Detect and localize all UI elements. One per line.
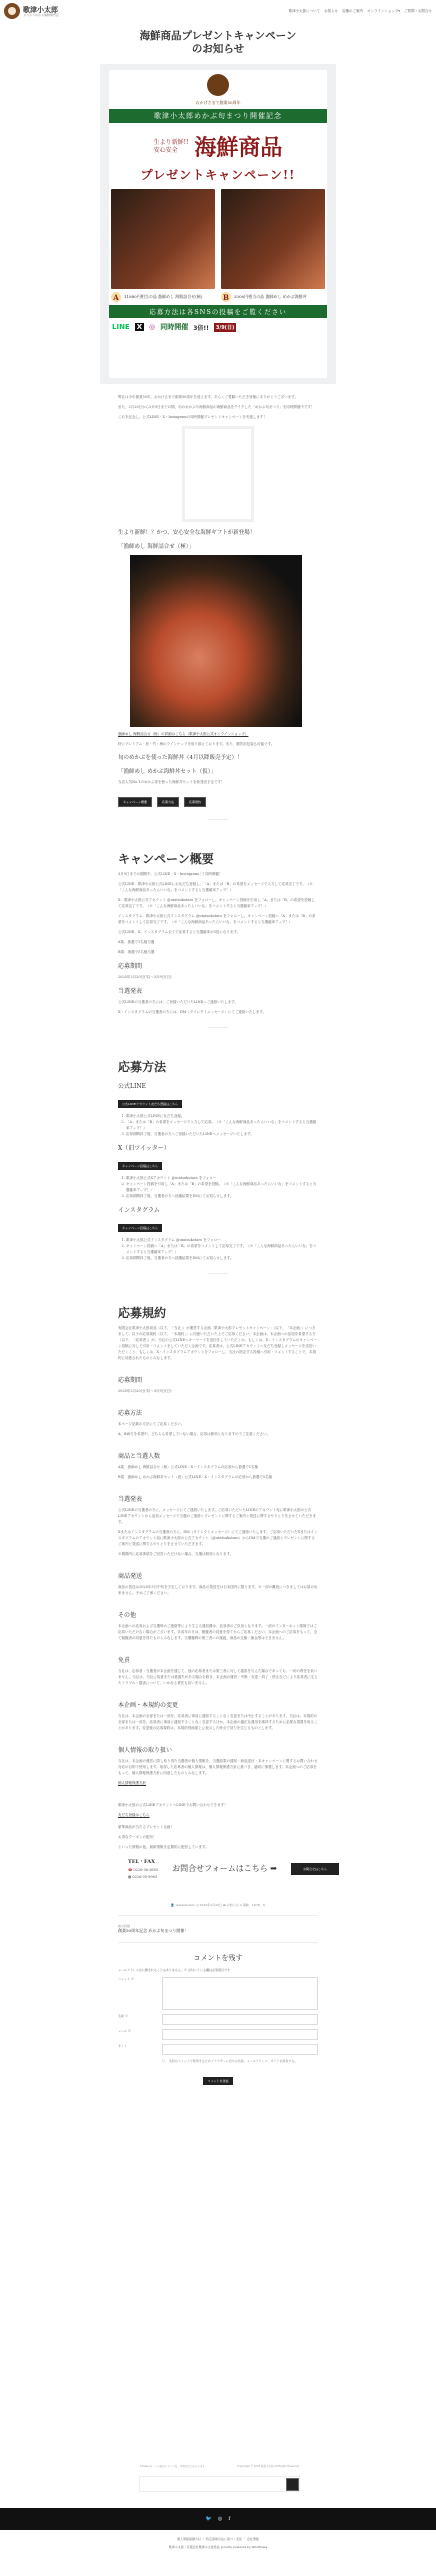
terms-change: 当社は、本企画の全部または一部を、応募者に事前に通知することなく変更または中止す… <box>118 1713 318 1731</box>
divider <box>208 1027 228 1028</box>
item-b-desc: 当店人気No.1のめかぶ茶を使った海鮮丼セットを新発売予定です！ <box>118 779 318 785</box>
overview-line: 公式LINE：歌津小太郎公式LINEにお友だち登録し、「A」または「B」の希望を… <box>118 881 318 893</box>
item-b-title: 「漁師めし めかぶ海鮮丼セット（仮）」 <box>118 767 318 775</box>
prize-a-label: 11880円相当の品 漁師めし 海鮮詰合せ(極) <box>124 294 202 300</box>
x-step: 応募期間終了後、当選者の方へ抽選結果をDMにてお知らせします。 <box>126 1193 318 1199</box>
terms-period: 2025年2月20日(木)〜3月9日(日) <box>118 1388 318 1394</box>
terms-privacy: 当社は、本企画の運営に際し取り得た当選者の個人情報を、当選結果の通知・商品送付・… <box>118 1758 318 1776</box>
overview-instagram: インスタグラム：歌津小太郎公式インスタグラム @utatsukotaro をフォ… <box>118 913 318 925</box>
email-label: メール ※ <box>118 2029 158 2040</box>
comment-textarea[interactable] <box>162 1977 318 2010</box>
line-add-friend-button[interactable]: 公式LINEアカウント友だち登録はこちら <box>118 1100 182 1108</box>
site-logo[interactable]: 歌津小太郎 ぶりぶりめかぶ海鮮専門店 <box>4 3 59 19</box>
terms-prize-a: A賞 漁師めし 海鮮詰合せ（極）公式LINE・X・インスタグラムの応募から抽選で… <box>118 1464 318 1470</box>
theme-credit: Theme by : この部分にテーマ名、作者名などが入ります <box>140 2464 205 2468</box>
name-input[interactable] <box>162 2014 318 2025</box>
campaign-thumbnail <box>182 426 254 522</box>
terms-anchor-button[interactable]: 応募規約 <box>184 797 206 807</box>
item-a-title: 「漁師めし 海鮮詰合せ（極）」 <box>118 542 318 550</box>
comment-title: コメントを残す <box>118 1953 318 1963</box>
max-chance: 3倍!! <box>193 323 209 332</box>
banner-headline: 海鮮商品 <box>194 131 282 162</box>
post-date: 2025年2月20日 <box>200 1903 222 1907</box>
x-step: キャンペーン投稿を引用し「A」または「B」の希望を投稿。（※「こんな海鮮商品あっ… <box>126 1181 318 1193</box>
post-tags[interactable]: 海鮮、LINE、X <box>243 1903 265 1907</box>
divider <box>118 1942 318 1943</box>
terms-disclaimer-heading: 免責 <box>118 1655 318 1664</box>
terms-section: 応募規約 有限会社歌津小太郎食品（以下、「当社」）が運営する企画「歌津小太郎プレ… <box>118 1304 318 1786</box>
post-meta-area: 👤 utatsukotaro ◷ 2025年2月20日 ▬ お知らせ ⌂ 海鮮、… <box>118 1903 318 2086</box>
x-logo-icon: X <box>135 323 144 331</box>
howto-anchor-button[interactable]: 応募方法 <box>157 797 179 807</box>
line-inquiry-text: 歌津小太郎の公式LINEアカウントへLINEでお問い合わせできます！ <box>118 1802 318 1808</box>
prize-b-badge: B <box>221 292 231 302</box>
intro-p2: また、2月20日から3月9日までの間、旬のめかぶや海鮮商品の海鮮商品をテイクした… <box>118 404 318 410</box>
howto-line-heading: 公式LINE <box>118 1081 318 1090</box>
prev-post-link[interactable]: 創業50周年記念 めかぶ旬まつり開催！ <box>118 1928 318 1934</box>
divider <box>118 1915 318 1916</box>
item-a-link[interactable]: 漁師めし 海鮮詰合せ（極）の詳細はこちら（歌津小太郎公式オンラインショップ） <box>118 731 318 737</box>
line-friend-link[interactable]: 友だち登録はこちら <box>118 1812 318 1818</box>
terms-period-heading: 応募期間 <box>118 1375 318 1384</box>
line-step: 応募期間終了後、当選者の方へご登録いただいたLINEへメッセージいたします。 <box>126 1131 318 1137</box>
result-heading: 当選発表 <box>118 986 318 995</box>
period-heading: 応募期間 <box>118 961 318 970</box>
catch-copy-2: 旬のめかぶを使った海鮮丼（4月以降販売予定）！ <box>118 753 318 761</box>
anniversary-text: おかげさまで創業50周年 <box>195 100 240 106</box>
submit-comment-button[interactable]: コメントを送信 <box>203 2077 232 2085</box>
save-info-label: 次回のコメントで使用するためブラウザーに自分の名前、メールアドレス、サイトを保存… <box>169 2059 298 2063</box>
terms-privacy-heading: 個人情報の取り扱い <box>118 1745 318 1754</box>
intro-section: 弊社は今年創業50年、おかげさまで創業50周年を迎えます。あらくご愛顧いただき皆… <box>118 394 318 820</box>
prize-b-label: 3300円相当の品 漁師めし めかぶ海鮮丼 <box>234 294 307 300</box>
fax-number: 0226-35-9963 <box>132 1875 157 1879</box>
credits-row: Theme by : この部分にテーマ名、作者名などが入ります Copyrigh… <box>140 2464 300 2468</box>
terms-intro: 有限会社歌津小太郎食品（以下、「当社」）が運営する企画「歌津小太郎プレゼントキャ… <box>118 1325 318 1361</box>
footer-law-link[interactable]: 特定商取引法に基づく表記 <box>206 2537 242 2541</box>
howto-title: 応募方法 <box>118 1058 318 1075</box>
prize-a-badge: A <box>111 292 121 302</box>
search-input[interactable] <box>139 2476 300 2492</box>
comment-form: コメントを残す メールアドレスが公開されることはありません。※ が付いている欄は… <box>118 1953 318 2086</box>
nav-news[interactable]: お知らせ <box>324 9 338 14</box>
nav-shop[interactable]: オンラインショップ▾ <box>367 9 400 14</box>
footer-company-link[interactable]: 会社情報 <box>247 2537 259 2541</box>
search-button[interactable] <box>286 2478 299 2491</box>
line-step: 「A」または「B」の希望をメッセージで入力して応募。（※「こんな海鮮商品あったら… <box>126 1119 318 1131</box>
deadline-badge: 3/9(日) <box>214 323 236 332</box>
period-value: 2025年2月20日(木)〜3月9日(日) <box>118 974 318 980</box>
seafood-photo <box>130 555 302 727</box>
terms-result-heading: 当選発表 <box>118 1494 318 1503</box>
tag-fresh: 生より新鮮!! <box>154 139 189 147</box>
catch-copy: 生より新鮮！？かつ、安心安全な海鮮ギフトが新登場！ <box>118 528 318 536</box>
email-input[interactable] <box>162 2029 318 2040</box>
promo-line: といった情報の他、最新情報を定期的に配信しています。 <box>118 1844 318 1850</box>
promo-line: 豪華商品が当たるプレゼント企画！ <box>118 1824 318 1830</box>
x-post-button[interactable]: キャンペーン投稿はこちら <box>118 1162 162 1170</box>
instagram-step: キャンペーン投稿へ「A」または「B」の希望をコメントして応募完了です。（※「こん… <box>126 1243 318 1255</box>
campaign-banner: おかげさまで創業50周年 歌津小太郎めかぶ旬まつり開催記念 生より新鮮!!安心安… <box>100 64 336 384</box>
overview-anchor-button[interactable]: キャンペーン概要 <box>118 797 152 807</box>
logo-icon <box>4 3 20 19</box>
logo-sub: ぶりぶりめかぶ海鮮専門店 <box>23 13 59 17</box>
instagram-step: 応募期間終了後、当選者の方へ抽選結果をDMにてお知らせします。 <box>126 1255 318 1261</box>
page-title: 海鮮商品プレゼントキャンペーンのお知らせ <box>138 30 298 56</box>
site-header: 歌津小太郎 ぶりぶりめかぶ海鮮専門店 歌津小太郎について お知らせ 店舗のご案内… <box>0 0 436 22</box>
terms-method-note: A、B両方を希望中、どちらも希望していない場合、応募は無効となりますのでご注意く… <box>118 1431 318 1437</box>
intro-p1: 弊社は今年創業50年、おかげさまで創業50周年を迎えます。あらくご愛顧いただき皆… <box>118 394 318 400</box>
terms-other: 本企画への応募および当選時のご連絡等により生じる通信費は、応募者のご負担となりま… <box>118 1623 318 1641</box>
nav-about[interactable]: 歌津小太郎について <box>289 9 320 14</box>
terms-shipping-heading: 商品発送 <box>118 1571 318 1580</box>
instagram-icon[interactable]: ◎ <box>218 2516 222 2522</box>
instagram-post-button[interactable]: キャンペーン投稿はこちら <box>118 1224 162 1232</box>
terms-result-line: 公式LINEの当選者の方に、メッセージにてご連絡いたします。ご応募いただいたLI… <box>118 1507 318 1525</box>
divider <box>208 1273 228 1274</box>
overview-prize-a: A賞：抽選で1名様当選 <box>118 939 318 945</box>
item-a-desc: 特にプレミアム・松・竹・梅のラインナップを取り揃えております。また、贈答用包装も… <box>118 741 318 747</box>
terms-other-heading: その他 <box>118 1610 318 1619</box>
intro-p3: これを記念し、公式LINE・X・Instagramの同時開催プレゼントキャンペー… <box>118 414 318 420</box>
comment-label: コメント ※ <box>118 1977 158 2010</box>
overview-lead: 3月9日までの期間中、公式LINE・X・Instagramにて同時開催！ <box>118 871 318 877</box>
terms-shipping: 商品の発送は2025年3月中旬を予定しております。商品の発送先は日本国内に限りま… <box>118 1584 318 1596</box>
contact-form-button[interactable]: お問合せはこちら <box>291 1863 339 1875</box>
overview-section: キャンペーン概要 3月9日までの期間中、公式LINE・X・Instagramにて… <box>118 850 318 1028</box>
name-label: 名前 ※ <box>118 2014 158 2025</box>
terms-result-note: ※期間内に応募事項をご回答いただけない場合、当選は無効となります。 <box>118 1551 318 1557</box>
prize-a-image <box>111 189 215 289</box>
copyright: Copyright © 2025 歌津小太郎 All Rights Reserv… <box>237 2464 300 2468</box>
twitter-icon[interactable]: 🐦 <box>206 2516 212 2522</box>
terms-result-sns: Xまたはインスタグラムの当選者の方に、DM（ダイレクトメッセージ）にてご連絡いた… <box>118 1529 318 1547</box>
post-meta: 👤 utatsukotaro ◷ 2025年2月20日 ▬ お知らせ ⌂ 海鮮、… <box>118 1903 318 1907</box>
banner-subline: プレゼントキャンペーン!! <box>141 166 296 183</box>
main-nav: 歌津小太郎について お知らせ 店舗のご案内 オンラインショップ▾ ご質問・お問合… <box>289 9 432 14</box>
tag-safe: 安心安全 <box>154 147 189 155</box>
terms-title: 応募規約 <box>118 1304 318 1321</box>
overview-note: 公式LINE、X、インスタグラム全てで応募すると当選確率が3倍になります。 <box>118 929 318 935</box>
comment-note: メールアドレスが公開されることはありません。※ が付いている欄は必須項目です <box>118 1967 318 1973</box>
powered-by: 歌津小太郎｜有限会社歌津小太郎食品 proudly powered by Wor… <box>0 2543 436 2551</box>
tel-number[interactable]: 0226-36-3655 <box>133 1868 158 1872</box>
facebook-icon[interactable]: f <box>228 2516 230 2522</box>
contact-form-text: お問合せフォームはこちら ➡ <box>172 1863 277 1874</box>
terms-method: 本ページ記載の方法にてご応募ください。 <box>118 1421 318 1427</box>
contact-section: TEL・FAX ☎ 0226-36-3655 ▦ 0226-35-9963 お問… <box>120 1858 340 1879</box>
post-author[interactable]: utatsukotaro <box>176 1903 195 1907</box>
terms-change-heading: 本企画・本規約の変更 <box>118 1700 318 1709</box>
privacy-policy-link[interactable]: 個人情報保護方針 <box>118 1780 318 1786</box>
logo-text: 歌津小太郎 <box>23 6 59 13</box>
result-line: 公式LINEの当選者の方には、ご登録いただいたLINEへご連絡いたします。 <box>118 999 318 1005</box>
divider <box>208 819 228 820</box>
site-footer: 個人情報保護方針 ・ 特定商取引法に基づく表記 ・ 会社情報 歌津小太郎｜有限会… <box>0 2535 436 2551</box>
terms-prize-heading: 商品と当選人数 <box>118 1451 318 1460</box>
website-label: サイト <box>118 2044 158 2055</box>
post-category[interactable]: お知らせ <box>227 1903 239 1907</box>
promo-section: 歌津小太郎の公式LINEアカウントへLINEでお問い合わせできます！ 友だち登録… <box>118 1802 318 1850</box>
simultaneous-label: 同時開催 <box>160 322 188 332</box>
instagram-logo-icon: ◎ <box>149 323 155 331</box>
banner-heading: 歌津小太郎めかぶ旬まつり開催記念 <box>109 109 327 123</box>
social-bar: 🐦 ◎ f <box>0 2508 436 2530</box>
howto-section: 応募方法 公式LINE 公式LINEアカウント友だち登録はこちら 歌津小太郎公式… <box>118 1058 318 1274</box>
save-info-checkbox[interactable]: ☐ <box>162 2059 165 2063</box>
nav-store[interactable]: 店舗のご案内 <box>342 9 363 14</box>
nav-contact[interactable]: ご質問・お問合せ <box>404 9 432 14</box>
overview-x: X：歌津小太郎公式アカウント @utatsukotaro をフォローし、キャンペ… <box>118 897 318 909</box>
website-input[interactable] <box>162 2044 318 2055</box>
terms-prize-b: B賞 漁師めし めかぶ海鮮丼セット（仮）公式LINE・X・インスタグラムの応募か… <box>118 1474 318 1480</box>
overview-prize-b: B賞：抽選で5名様当選 <box>118 949 318 955</box>
howto-instagram-heading: インスタグラム <box>118 1205 318 1214</box>
howto-x-heading: X（旧ツイッター） <box>118 1143 318 1152</box>
tel-fax-label: TEL・FAX <box>128 1858 158 1865</box>
prize-b-image <box>221 189 325 289</box>
promo-line: お得なクーポンの配布！ <box>118 1834 318 1840</box>
terms-disclaimer: 当社は、応募者・当選者が本企画を通じて、他の応募者または第三者に対して損害を与え… <box>118 1668 318 1686</box>
footer-privacy-link[interactable]: 個人情報保護方針 <box>177 2537 201 2541</box>
result-sns: X・インスタグラムの当選者の方には、DM（ダイレクトメッセージ）にてご連絡いたし… <box>118 1009 318 1015</box>
line-logo-icon: LINE <box>112 323 130 331</box>
terms-method-heading: 応募方法 <box>118 1408 318 1417</box>
brand-logo-icon <box>207 74 229 96</box>
method-banner: 応募方法は各SNSの投稿をご覧ください <box>109 305 327 318</box>
overview-title: キャンペーン概要 <box>118 850 318 867</box>
